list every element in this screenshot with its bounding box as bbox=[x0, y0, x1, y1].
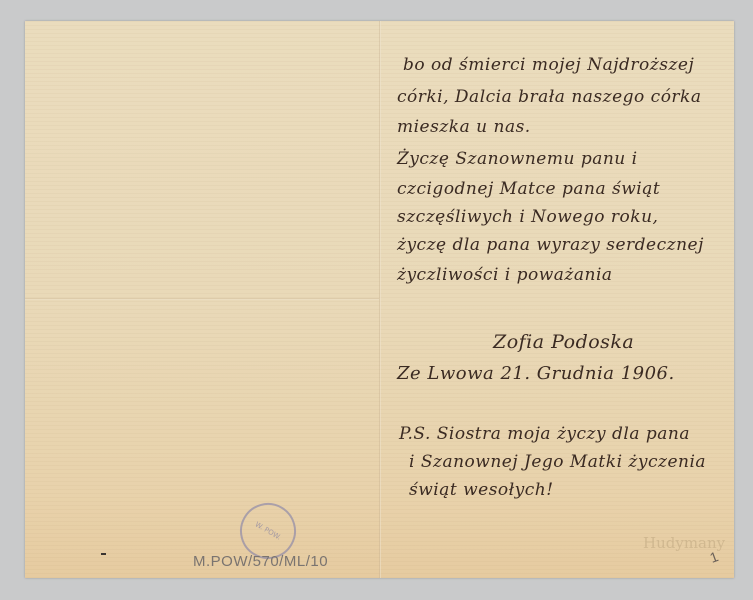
horizontal-fold bbox=[25, 298, 379, 300]
letter-line: życzę dla pana wyrazy serdecznej bbox=[397, 237, 704, 254]
letter-line: szczęśliwych i Nowego roku, bbox=[397, 209, 658, 226]
letter-line: życzliwości i poważania bbox=[397, 267, 613, 284]
postscript-line: i Szanownej Jego Matki życzenia bbox=[409, 454, 706, 471]
letter-sheet: W. POW. M.POW/570/ML/10 bo od śmierci mo… bbox=[25, 21, 734, 578]
letter-line: bo od śmierci mojej Najdroższej bbox=[403, 57, 694, 74]
letter-line: córki, Dalcia brała naszego córka bbox=[397, 89, 702, 106]
shelfmark: M.POW/570/ML/10 bbox=[193, 553, 328, 570]
letter-line: Życzę Szanownemu panu i bbox=[397, 151, 638, 168]
date-line: Ze Lwowa 21. Grudnia 1906. bbox=[397, 365, 675, 383]
right-page: bo od śmierci mojej Najdroższej córki, D… bbox=[381, 21, 734, 578]
postscript-line: P.S. Siostra moja życzy dla pana bbox=[399, 426, 690, 443]
signature: Zofia Podoska bbox=[493, 333, 634, 352]
letter-line: mieszka u nas. bbox=[397, 119, 531, 136]
ink-speck bbox=[101, 553, 106, 555]
postscript-line: świąt wesołych! bbox=[409, 482, 554, 499]
stamp-text: W. POW. bbox=[254, 520, 283, 541]
left-page: W. POW. M.POW/570/ML/10 bbox=[25, 21, 379, 578]
letter-line: czcigodnej Matce pana świąt bbox=[397, 181, 660, 198]
